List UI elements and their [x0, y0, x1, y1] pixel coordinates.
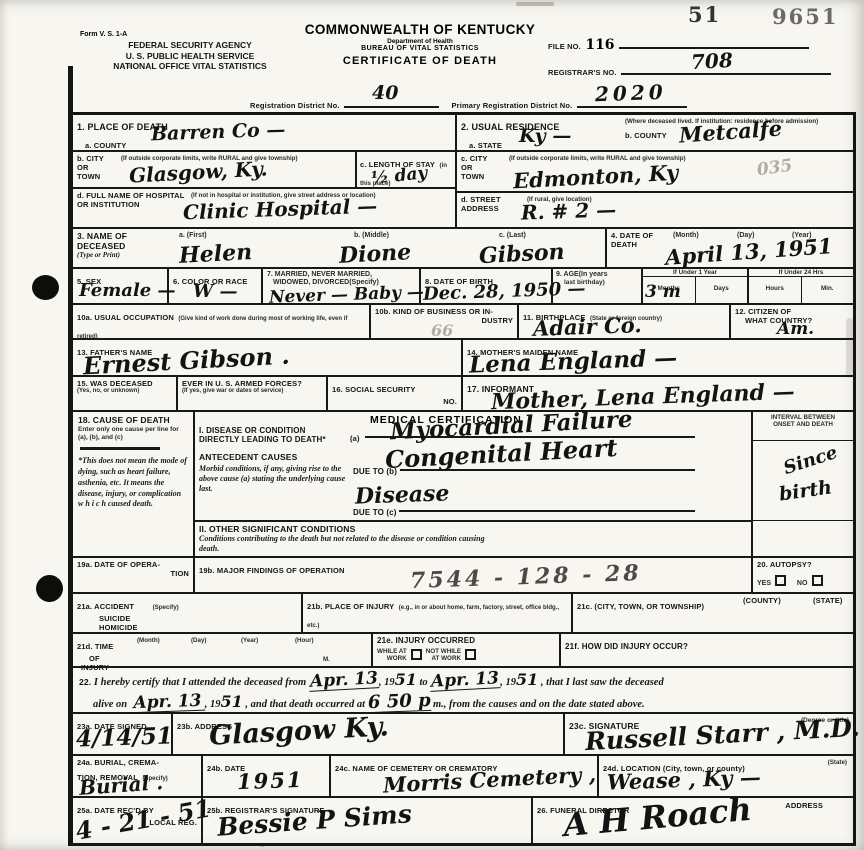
commonwealth-title: COMMONWEALTH OF KENTUCKY [295, 22, 545, 37]
residence-city-row: c. CITY OR TOWN (If outside corporate li… [457, 152, 853, 193]
residence-state-row: 2. USUAL RESIDENCE (Where deceased lived… [457, 115, 853, 152]
cause-note-1: Enter only one cause per line for (a), (… [78, 426, 188, 441]
box-marital: 7. MARRIED, NEVER MARRIED, WIDOWED, DIVO… [263, 269, 421, 303]
registrar-no-row: REGISTRAR'S NO. 708 [548, 62, 856, 80]
location-value: Wease , Ky — [607, 766, 761, 792]
scanned-death-certificate: 51 9651 Form V. S. 1-A FEDERAL SECURITY … [0, 0, 864, 850]
box-sex: 5. SEX Female — [73, 269, 169, 303]
box-burial-date: 24b. DATE 1951 [203, 756, 331, 796]
box-informant: 17. INFORMANT Mother, Lena England — [463, 377, 853, 410]
age-under1yr-header: If Under 1 Year [641, 269, 747, 276]
row-accident: 21a. ACCIDENT (Specify) SUICIDE HOMICIDE… [73, 594, 853, 634]
other-conditions-title: II. OTHER SIGNIFICANT CONDITIONS [199, 524, 747, 534]
certify-text-7: , 19 [205, 699, 221, 710]
box-place-of-injury: 21b. PLACE OF INJURY (e.g., in or about … [303, 594, 573, 632]
accident-label-2: SUICIDE [99, 614, 297, 623]
medcert-a-label-2: DIRECTLY LEADING TO DEATH* [199, 435, 326, 445]
last-label: c. (Last) [499, 232, 526, 240]
certificate-of-death: CERTIFICATE OF DEATH [295, 55, 545, 67]
stamp-number-right: 9651 [772, 4, 838, 29]
row-name-dod: 3. NAME OF DECEASED (Type or Print) a. (… [73, 229, 853, 269]
res-city-value: Edmonton, Ky [513, 162, 679, 192]
box-registrar-signature: 25b. REGISTRAR'S SIGNATURE Bessie P Sims [203, 798, 533, 843]
hospital-cell: d. FULL NAME OF HOSPITAL OR INSTITUTION … [73, 189, 455, 225]
interval-label-2: ONSET AND DEATH [757, 421, 849, 428]
box-major-findings: 19b. MAJOR FINDINGS OF OPERATION 7544 - … [195, 558, 753, 592]
interval-line-2 [753, 520, 853, 521]
primary-district-value: 2020 [594, 82, 666, 104]
res-city-pencil-code: 035 [756, 158, 794, 180]
operation-label-2: TION [77, 569, 189, 578]
how-injury-label: 21f. HOW DID INJURY OCCUR? [565, 642, 688, 651]
box-injury-city: 21c. (CITY, TOWN, OR TOWNSHIP) (COUNTY) … [573, 594, 853, 632]
findings-label: 19b. MAJOR FINDINGS OF OPERATION [199, 566, 345, 575]
medcert-a-tag: (a) [350, 434, 360, 443]
certify-text-6: alive on [93, 699, 127, 710]
due-to-b-value-2: Disease [355, 482, 450, 507]
box-autopsy: 20. AUTOPSY? YES NO [753, 558, 853, 592]
box-address: 23b. ADDRESS Glasgow Ky. [173, 714, 565, 754]
dept-of-health: Department of Health [295, 38, 545, 45]
agency-line-3: NATIONAL OFFICE VITAL STATISTICS [80, 61, 300, 72]
antecedent-label: ANTECEDENT CAUSES [199, 452, 297, 462]
certify-text-1: I hereby certify that I attended the dec… [94, 677, 306, 688]
informant-value: Mother, Lena England — [491, 381, 795, 414]
certify-text-3: to [419, 677, 427, 688]
forces-label-2: EVER IN U. S. ARMED FORCES? [182, 379, 322, 388]
res-county-label: b. COUNTY [625, 131, 667, 140]
row-sex-age: 5. SEX Female — 6. COLOR OR RACE W — 7. … [73, 269, 853, 305]
box-dob: 8. DATE OF BIRTH Dec. 28, 1950 — [421, 269, 553, 303]
not-while-at-work-label: NOT WHILEAT WORK [426, 648, 461, 662]
box-accident-suicide: 21a. ACCIDENT (Specify) SUICIDE HOMICIDE [73, 594, 303, 632]
autopsy-label: 20. AUTOPSY? [757, 560, 849, 569]
row-registrar: 25a. DATE REC'D BY LOCAL REG. 4 - 21 - 5… [73, 798, 853, 843]
while-at-work-checkbox [411, 649, 422, 660]
box-ssn: 16. SOCIAL SECURITY NO. [328, 377, 463, 410]
bureau-line: BUREAU OF VITAL STATISTICS [295, 45, 545, 52]
certify-from-year: 51 [395, 672, 417, 688]
received-value: 4 - 21 - 51 [74, 796, 213, 843]
mother-value: Lena England — [469, 346, 678, 376]
box-name-of-deceased: 3. NAME OF DECEASED (Type or Print) a. (… [73, 229, 607, 267]
row-injury-time: 21d. TIME (Month) (Day) (Year) (Hour) OF… [73, 634, 853, 668]
due-to-c-label: DUE TO (c) [353, 508, 397, 518]
injury-place-label: 21b. PLACE OF INJURY [307, 602, 394, 611]
funeral-director-value: A H Roach [562, 793, 753, 841]
injury-city-label: 21c. (CITY, TOWN, OR TOWNSHIP) [577, 602, 704, 611]
hospital-value: Clinic Hospital — [183, 196, 378, 223]
hospital-label: d. FULL NAME OF HOSPITAL OR INSTITUTION [77, 191, 187, 209]
state-value: Ky — [519, 127, 571, 146]
county-label: a. COUNTY [85, 141, 126, 150]
while-at-work-label: WHILE ATWORK [377, 648, 407, 662]
box-place-of-death: 1. PLACE OF DEATH a. COUNTY Barren Co — … [73, 115, 457, 227]
residence-street-row: d. STREET ADDRESS (If rural, give locati… [457, 193, 853, 226]
city-label: b. CITY OR TOWN [77, 154, 111, 181]
box-usual-residence: 2. USUAL RESIDENCE (Where deceased lived… [457, 115, 853, 227]
street-label: d. STREET ADDRESS [461, 195, 505, 213]
primary-district-label: Primary Registration District No. [452, 101, 573, 110]
county-value: Barren Co — [151, 121, 286, 145]
age-days-col: Days [695, 277, 748, 303]
certify-alive-date: Apr. 13 [129, 693, 205, 714]
box-business: 10b. KIND OF BUSINESS OR IN- DUSTRY 66 [371, 305, 519, 338]
injury-occurred-label: 21e. INJURY OCCURRED [377, 636, 555, 646]
interval-label-1: INTERVAL BETWEEN [757, 414, 849, 421]
title-block: COMMONWEALTH OF KENTUCKY Department of H… [295, 22, 545, 67]
street-value: R. # 2 — [521, 199, 617, 222]
injury-state-label: (STATE) [813, 596, 843, 605]
district-row: Registration District No. 40 Primary Reg… [250, 95, 856, 113]
injury-year-label: (Year) [241, 637, 258, 644]
injury-county-label: (COUNTY) [743, 596, 781, 605]
box-race: 6. COLOR OR RACE W — [169, 269, 263, 303]
box-interval: INTERVAL BETWEEN ONSET AND DEATH Since b… [753, 412, 853, 556]
box-signature: 23c. SIGNATURE (Degree or title) Russell… [565, 714, 853, 754]
injury-m-label: M. [323, 656, 330, 663]
forces-label-1: 15. WAS DECEASED [77, 379, 172, 388]
cause-note-2: *This does not mean the mode of dying, s… [78, 456, 188, 510]
dod-value: April 13, 1951 [664, 235, 833, 268]
first-label: a. (First) [179, 232, 207, 240]
row-occupation: 10a. USUAL OCCUPATION (Give kind of work… [73, 305, 853, 340]
autopsy-yes-checkbox [775, 575, 786, 586]
accident-note: (Specify) [153, 604, 179, 611]
box-age: 9. AGE(In years last birthday) If Under … [553, 269, 853, 303]
business-pencil-value: 66 [431, 323, 453, 339]
injury-day-label: (Day) [191, 637, 206, 644]
res-county-value: Metcalfe [678, 117, 782, 145]
age-months-value: 3 m [645, 284, 681, 301]
box-time-of-injury: 21d. TIME (Month) (Day) (Year) (Hour) OF… [73, 634, 373, 666]
location-state-label: (State) [828, 759, 847, 766]
state-label: a. STATE [469, 141, 502, 150]
district-line: 40 [344, 98, 439, 108]
ssn-label: 16. SOCIAL SECURITY [332, 385, 416, 394]
hole-punch-bottom [36, 575, 63, 602]
age-label-2: last birthday) [564, 279, 638, 286]
burial-label-1: 24a. BURIAL, CREMA- [77, 758, 197, 767]
citizen-label-1: 12. CITIZEN OF [735, 307, 849, 316]
box-date-of-death: 4. DATE OF DEATH (Month) (Day) (Year) Ap… [607, 229, 853, 267]
box-cemetery: 24c. NAME OF CEMETERY OR CREMATORY Morri… [331, 756, 599, 796]
dod-month-label: (Month) [673, 232, 699, 240]
age-hours-col: Hours [747, 277, 801, 303]
date-signed-value: 4/14/51 [76, 724, 174, 750]
certify-to-year: 51 [516, 672, 538, 688]
box-injury-occurred: 21e. INJURY OCCURRED WHILE ATWORK NOT WH… [373, 634, 561, 666]
cause-label: 18. CAUSE OF DEATH [78, 415, 188, 425]
certify-text-8: , and that death occurred at [245, 699, 365, 710]
autopsy-no-label: NO [797, 580, 808, 587]
forces-note-1: (Yes, no, or unknown) [77, 388, 172, 395]
age-under24-header: If Under 24 Hrs [747, 269, 853, 276]
form-number: Form V. S. 1-A [80, 31, 127, 38]
birthplace-value: Adair Co. [533, 314, 642, 339]
forces-note-2: (If yes, give war or dates of service) [182, 388, 322, 395]
other-conditions-block: II. OTHER SIGNIFICANT CONDITIONS Conditi… [195, 520, 751, 556]
name-note: (Type or Print) [77, 251, 169, 260]
primary-district-line: 2020 [577, 98, 687, 108]
res-city-label: c. CITY OR TOWN [461, 154, 497, 181]
box-armed-forces-2: EVER IN U. S. ARMED FORCES? (If yes, giv… [178, 377, 328, 410]
place-county-row: 1. PLACE OF DEATH a. COUNTY Barren Co — [73, 115, 455, 152]
certify-hour: 6 50 p [367, 692, 430, 713]
agency-line-2: U. S. PUBLIC HEALTH SERVICE [80, 51, 300, 62]
certify-text-9: m., from the causes and on the date stat… [433, 699, 645, 710]
agency-block: FEDERAL SECURITY AGENCY U. S. PUBLIC HEA… [80, 40, 300, 72]
ssn-label-2: NO. [332, 397, 457, 406]
burial-date-value: 1951 [237, 769, 304, 792]
middle-name-value: Dione [338, 241, 411, 267]
interval-line-1 [753, 440, 853, 441]
place-city-cell: b. CITY OR TOWN (If outside corporate li… [73, 152, 357, 187]
row-forces-informant: 15. WAS DECEASED (Yes, no, or unknown) E… [73, 377, 853, 412]
certify-from-date: Apr. 13 [308, 670, 379, 692]
box-mother: 14. MOTHER'S MAIDEN NAME Lena England — [463, 340, 853, 375]
row-medical-certification: 18. CAUSE OF DEATH Enter only one cause … [73, 412, 853, 558]
father-value: Ernest Gibson . [83, 344, 291, 379]
burial-value: Burial . [78, 772, 163, 798]
first-name-value: Helen [178, 241, 252, 267]
certify-text-5: , that I last saw the deceased [541, 677, 664, 688]
header-left-bar [68, 66, 73, 112]
last-name-value: Gibson [478, 241, 565, 267]
autopsy-yes-label: YES [757, 580, 771, 587]
row-parents: 13. FATHER'S NAME Ernest Gibson . 14. MO… [73, 340, 853, 377]
agency-line-1: FEDERAL SECURITY AGENCY [80, 40, 300, 51]
stamp-number-left: 51 [688, 2, 721, 27]
interval-value-2: birth [778, 478, 833, 504]
marital-value: Never — Baby — [269, 284, 424, 306]
injury-month-label: (Month) [137, 637, 160, 644]
box-burial-location: 24d. LOCATION (City, town, or county) (S… [599, 756, 853, 796]
morbid-note: Morbid conditions, if any, giving rise t… [199, 464, 347, 494]
row-certify: 22. I hereby certify that I attended the… [73, 668, 853, 714]
funeral-address-label: ADDRESS [785, 801, 823, 810]
scan-speck [516, 2, 554, 6]
box-birthplace: 11. BIRTHPLACE (State or foreign country… [519, 305, 731, 338]
box-father: 13. FATHER'S NAME Ernest Gibson . [73, 340, 463, 375]
marital-label-1: 7. MARRIED, NEVER MARRIED, [267, 271, 415, 279]
age-hours-label: Hours [766, 285, 784, 292]
age-min-col: Min. [801, 277, 854, 303]
business-label: 10b. KIND OF BUSINESS OR IN- [375, 307, 513, 316]
stay-value: ½ day [370, 165, 428, 188]
registrar-no-value: 708 [691, 50, 734, 72]
dod-title: 4. DATE OF DEATH [611, 231, 657, 249]
certify-text-2: , 19 [379, 677, 395, 688]
hole-punch-top [32, 275, 59, 300]
age-months-col: Months 3 m [641, 277, 695, 303]
row-signature: 23a. DATE SIGNED 4/14/51 23b. ADDRESS Gl… [73, 714, 853, 756]
district-label: Registration District No. [250, 101, 340, 110]
middle-label: b. (Middle) [354, 232, 389, 240]
race-value: W — [193, 283, 237, 301]
box-date-received: 25a. DATE REC'D BY LOCAL REG. 4 - 21 - 5… [73, 798, 203, 843]
district-value: 40 [372, 84, 398, 103]
row-operation: 19a. DATE OF OPERA- TION 19b. MAJOR FIND… [73, 558, 853, 594]
box-burial: 24a. BURIAL, CREMA- TION, REMOVAL (Speci… [73, 756, 203, 796]
length-of-stay-cell: c. LENGTH OF STAY (in this place) ½ day [357, 152, 455, 187]
due-to-c-line [399, 510, 695, 512]
box-date-signed: 23a. DATE SIGNED 4/14/51 [73, 714, 173, 754]
file-no-label: FILE NO. [548, 42, 581, 51]
file-no-line [619, 39, 809, 49]
box-occupation: 10a. USUAL OCCUPATION (Give kind of work… [73, 305, 371, 338]
box-medcert: MEDICAL CERTIFICATION I. DISEASE OR COND… [195, 412, 753, 556]
not-while-at-work-checkbox [465, 649, 476, 660]
certify-to-date: Apr. 13 [430, 670, 501, 692]
accident-label-1: 21a. ACCIDENT [77, 602, 134, 611]
findings-value: 7544 - 128 - 28 [410, 562, 642, 592]
box-armed-forces-1: 15. WAS DECEASED (Yes, no, or unknown) [73, 377, 178, 410]
certify-alive-year: 51 [221, 694, 243, 710]
certificate-form: 1. PLACE OF DEATH a. COUNTY Barren Co — … [68, 112, 856, 846]
age-days-label: Days [714, 285, 729, 292]
city-value: Glasgow, Ky. [129, 158, 268, 185]
registrar-no-line: 708 [621, 65, 831, 75]
row-place-residence: 1. PLACE OF DEATH a. COUNTY Barren Co — … [73, 115, 853, 229]
box-cause-of-death: 18. CAUSE OF DEATH Enter only one cause … [73, 412, 195, 556]
operation-label-1: 19a. DATE OF OPERA- [77, 560, 189, 569]
injury-hour-label: (Hour) [295, 637, 314, 644]
box-how-injury: 21f. HOW DID INJURY OCCUR? [561, 634, 853, 666]
age-min-label: Min. [821, 285, 834, 292]
box-citizen: 12. CITIZEN OF WHAT COUNTRY? Am. [731, 305, 853, 338]
interval-value-1: Since [782, 444, 840, 478]
file-no-value: 116 [585, 37, 614, 53]
box-funeral-director: 26. FUNERAL DIRECTOR ADDRESS A H Roach [533, 798, 853, 843]
certify-number: 22. [79, 677, 91, 687]
box-date-of-operation: 19a. DATE OF OPERA- TION [73, 558, 195, 592]
registrar-no-label: REGISTRAR'S NO. [548, 68, 617, 77]
citizen-value: Am. [777, 321, 814, 338]
sex-value: Female — [79, 282, 176, 300]
occupation-label: 10a. USUAL OCCUPATION [77, 313, 174, 322]
certify-text-4: , 19 [500, 677, 516, 688]
name-title: 3. NAME OF DECEASED [77, 231, 169, 251]
cause-divider [80, 447, 160, 450]
accident-label-3: HOMICIDE [99, 623, 297, 632]
autopsy-no-checkbox [812, 575, 823, 586]
injury-time-label-1: 21d. TIME [77, 642, 113, 651]
address-value: Glasgow Ky. [208, 713, 389, 749]
other-conditions-note: Conditions contributing to the death but… [199, 534, 499, 554]
age-label-1: 9. AGE(In years [556, 271, 638, 279]
